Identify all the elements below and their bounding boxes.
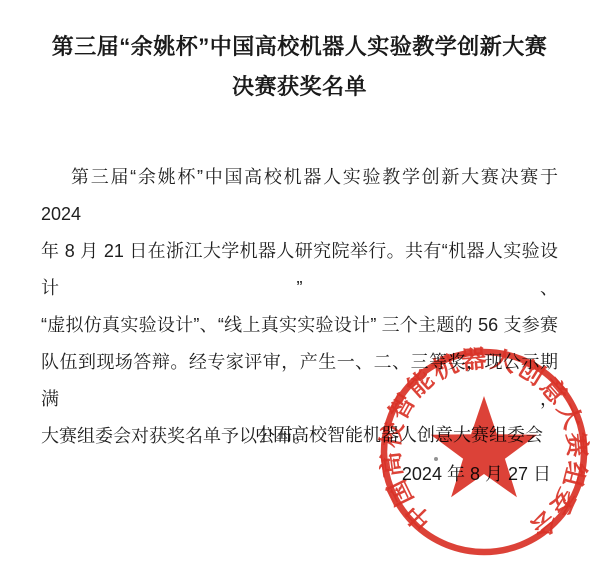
body-line: 年 8 月 21 日在浙江大学机器人研究院举行。共有“机器人实验设计”、 [41, 233, 558, 307]
body-line: “虚拟仿真实验设计”、“线上真实实验设计” 三个主题的 56 支参赛 [41, 307, 558, 344]
title-line-2: 决赛获奖名单 [0, 67, 599, 107]
title-line-1: 第三届“余姚杯”中国高校机器人实验教学创新大赛 [0, 27, 599, 67]
ink-speck [434, 457, 438, 461]
body-line: 第三届“余姚杯”中国高校机器人实验教学创新大赛决赛于 2024 [41, 159, 558, 233]
document-page: 第三届“余姚杯”中国高校机器人实验教学创新大赛 决赛获奖名单 第三届“余姚杯”中… [0, 0, 599, 586]
signature-org: 中国高校智能机器人创意大赛组委会 [255, 424, 543, 446]
body-line: 队伍到现场答辩。经专家评审，产生一、二、三等奖，现公示期满， [41, 344, 558, 418]
document-title: 第三届“余姚杯”中国高校机器人实验教学创新大赛 决赛获奖名单 [0, 0, 599, 107]
signature-date: 2024 年 8 月 27 日 [402, 463, 551, 485]
document-body: 第三届“余姚杯”中国高校机器人实验教学创新大赛决赛于 2024 年 8 月 21… [41, 159, 558, 455]
